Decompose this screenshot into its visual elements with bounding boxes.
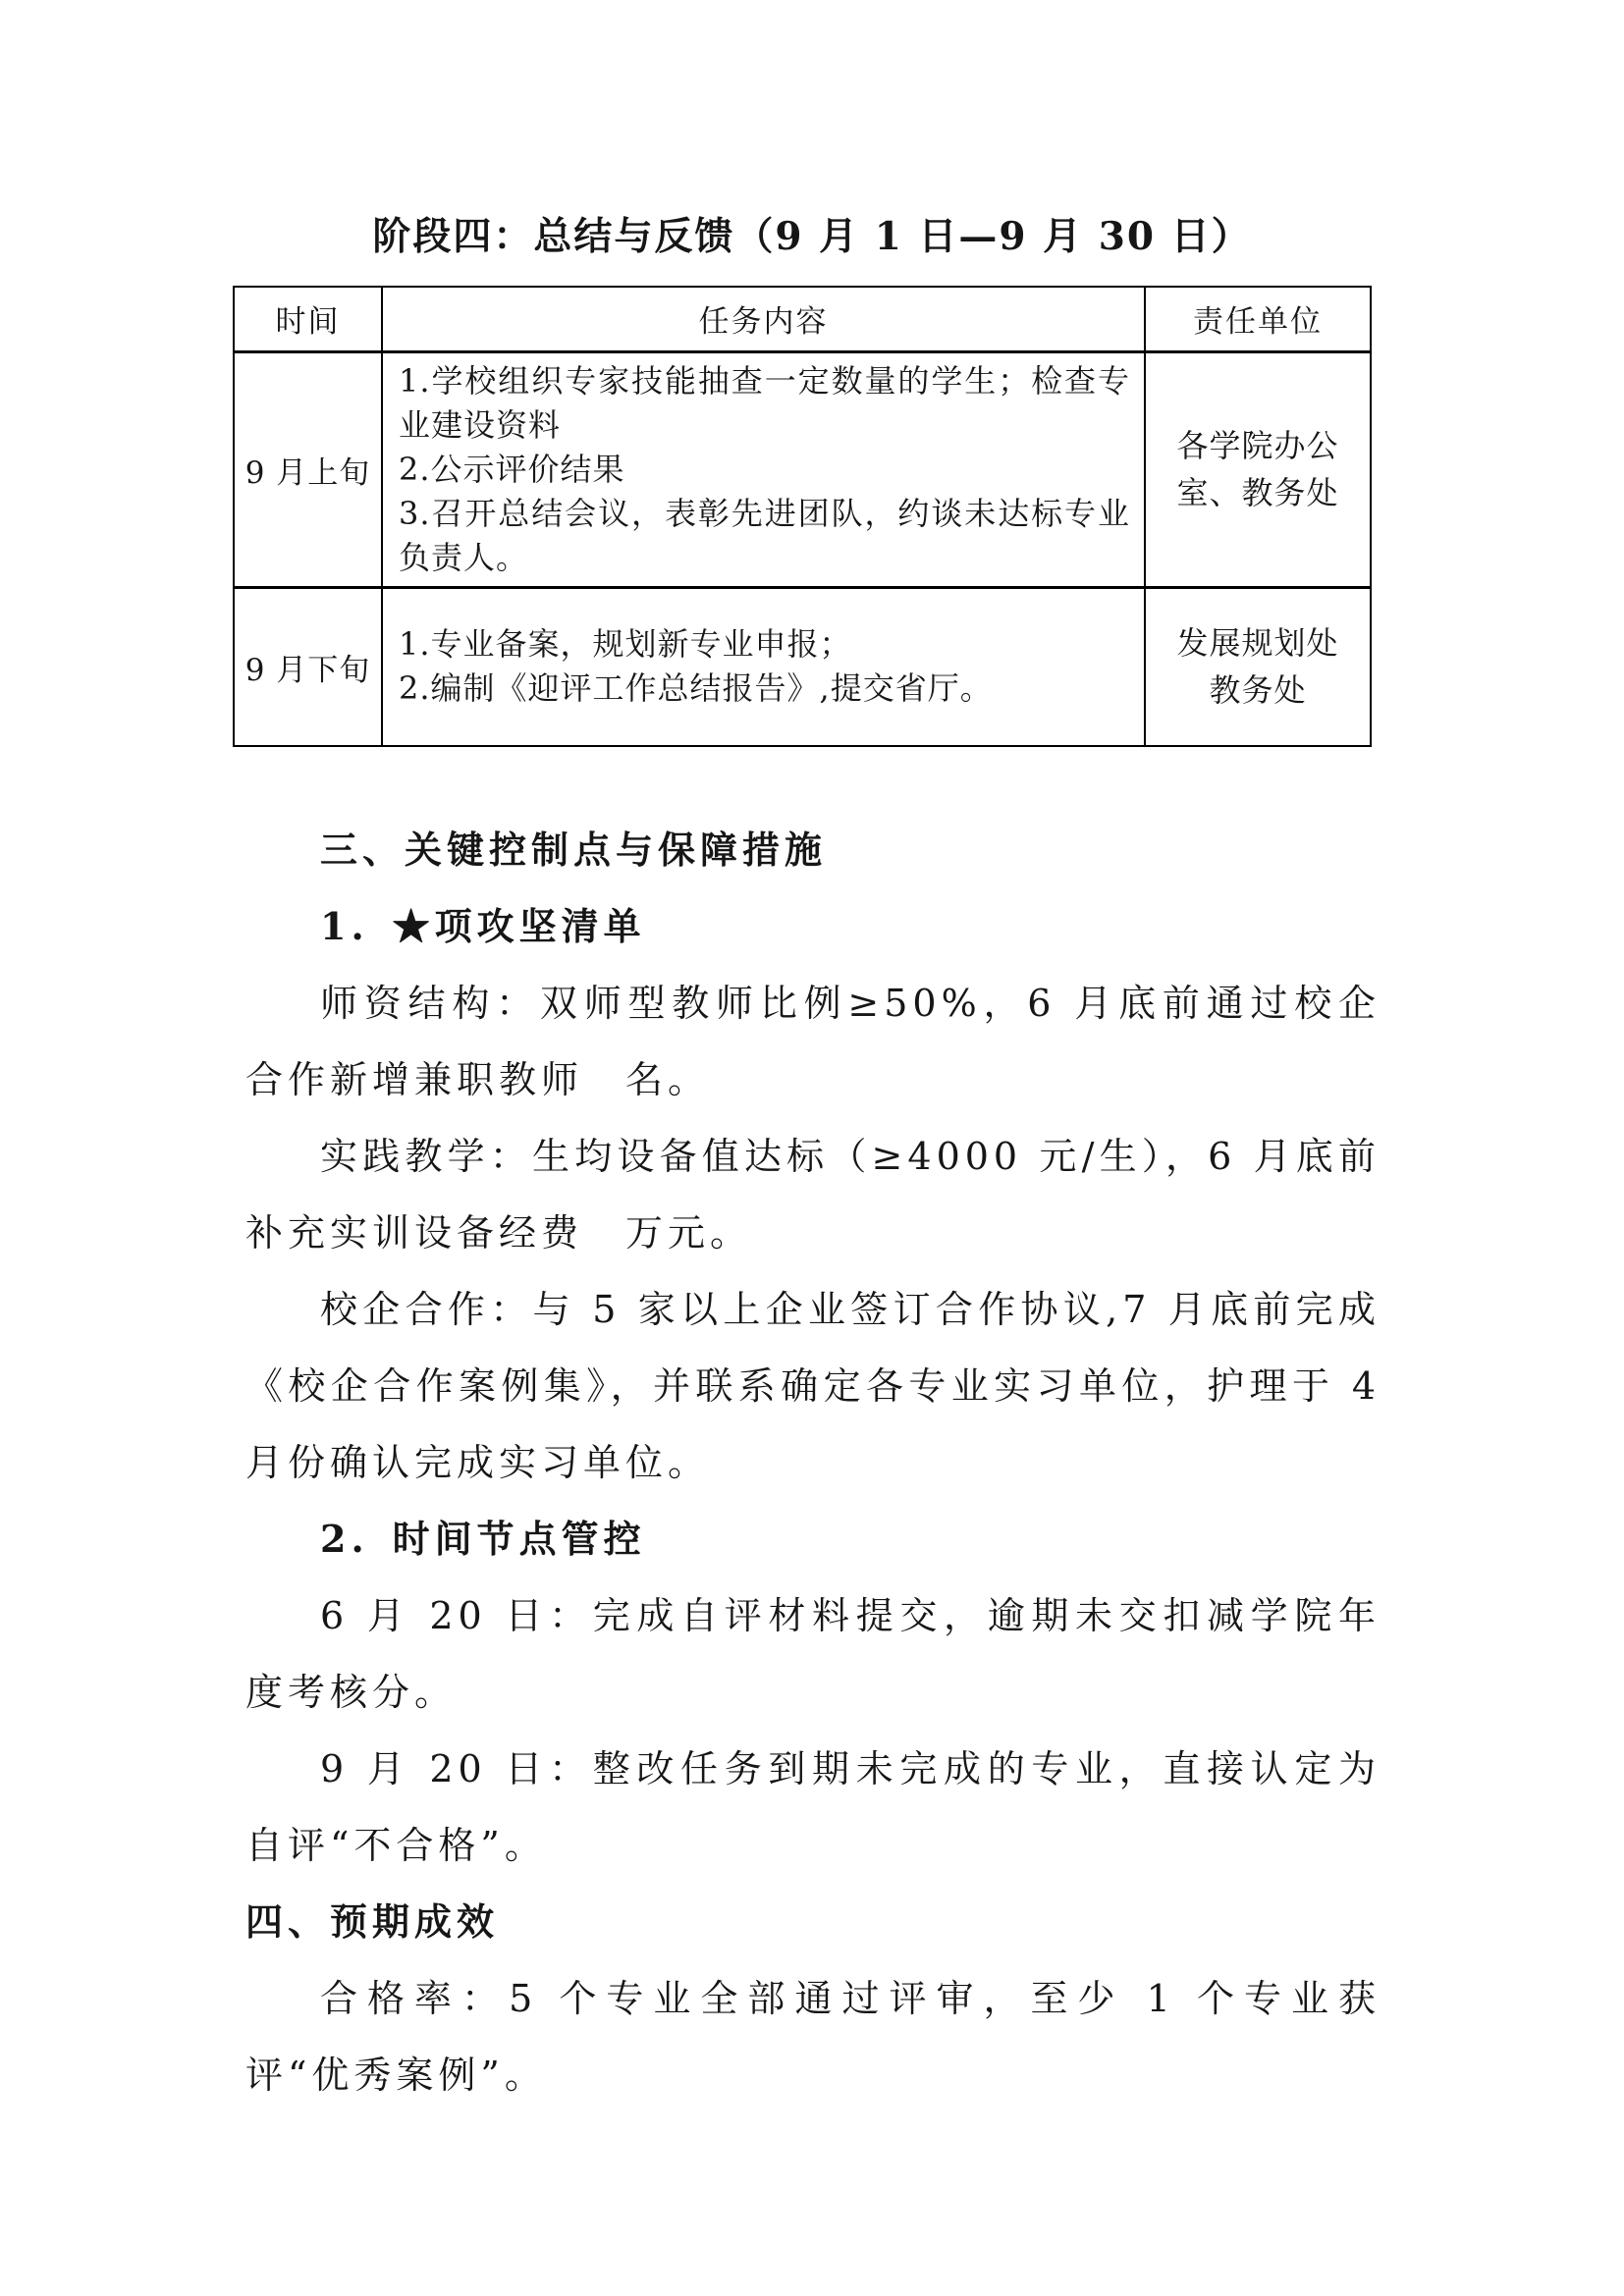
- paragraph-september-deadline: 9 月 20 日：整改任务到期未完成的专业，直接认定为自评“不合格”。: [245, 1731, 1380, 1884]
- task-item: 1.专业备案，规划新专业申报；: [399, 622, 1130, 667]
- col-header-unit: 责任单位: [1145, 287, 1371, 351]
- time-cell: 9 月下旬: [234, 587, 382, 746]
- table-header-row: 时间 任务内容 责任单位: [234, 287, 1371, 351]
- body-text: 三、关键控制点与保障措施 1. ★项攻坚清单 师资结构：双师型教师比例≥50%，…: [245, 812, 1380, 2113]
- task-item: 2.公示评价结果: [399, 448, 1130, 492]
- phase4-schedule-table: 时间 任务内容 责任单位 9 月上旬 1.学校组织专家技能抽查一定数量的学生；检…: [233, 286, 1372, 747]
- paragraph-june-deadline: 6 月 20 日：完成自评材料提交，逾期未交扣减学院年度考核分。: [245, 1577, 1380, 1731]
- col-header-time: 时间: [234, 287, 382, 351]
- task-item: 3.召开总结会议，表彰先进团队，约谈未达标专业负责人。: [399, 492, 1130, 580]
- unit-line: 发展规划处: [1147, 619, 1369, 667]
- unit-cell: 各学院办公 室、教务处: [1145, 351, 1371, 587]
- table-row-late-september: 9 月下旬 1.专业备案，规划新专业申报； 2.编制《迎评工作总结报告》,提交省…: [234, 587, 1371, 746]
- section3-heading: 三、关键控制点与保障措施: [245, 812, 1380, 888]
- page-title: 阶段四：总结与反馈（9 月 1 日—9 月 30 日）: [0, 211, 1624, 262]
- section3-item1-heading: 1. ★项攻坚清单: [245, 888, 1380, 965]
- paragraph-pass-rate: 合格率：5 个专业全部通过评审，至少 1 个专业获评“优秀案例”。: [245, 1960, 1380, 2113]
- time-cell: 9 月上旬: [234, 351, 382, 587]
- paragraph-school-enterprise: 校企合作：与 5 家以上企业签订合作协议,7 月底前完成《校企合作案例集》，并联…: [245, 1271, 1380, 1501]
- section3-item2-heading: 2. 时间节点管控: [245, 1501, 1380, 1577]
- col-header-tasks: 任务内容: [382, 287, 1145, 351]
- document-page: 阶段四：总结与反馈（9 月 1 日—9 月 30 日） 时间 任务内容 责任单位…: [0, 0, 1624, 2296]
- tasks-cell: 1.学校组织专家技能抽查一定数量的学生；检查专业建设资料 2.公示评价结果 3.…: [382, 351, 1145, 587]
- unit-line: 室、教务处: [1147, 469, 1369, 516]
- paragraph-teacher-structure: 师资结构：双师型教师比例≥50%，6 月底前通过校企合作新增兼职教师 名。: [245, 965, 1380, 1118]
- unit-cell: 发展规划处 教务处: [1145, 587, 1371, 746]
- unit-line: 教务处: [1147, 667, 1369, 714]
- table-row-early-september: 9 月上旬 1.学校组织专家技能抽查一定数量的学生；检查专业建设资料 2.公示评…: [234, 351, 1371, 587]
- unit-line: 各学院办公: [1147, 422, 1369, 469]
- task-item: 2.编制《迎评工作总结报告》,提交省厅。: [399, 667, 1130, 711]
- task-item: 1.学校组织专家技能抽查一定数量的学生；检查专业建设资料: [399, 359, 1130, 448]
- paragraph-practice-teaching: 实践教学：生均设备值达标（≥4000 元/生），6 月底前补充实训设备经费 万元…: [245, 1118, 1380, 1271]
- tasks-cell: 1.专业备案，规划新专业申报； 2.编制《迎评工作总结报告》,提交省厅。: [382, 587, 1145, 746]
- section4-heading: 四、预期成效: [245, 1884, 1380, 1960]
